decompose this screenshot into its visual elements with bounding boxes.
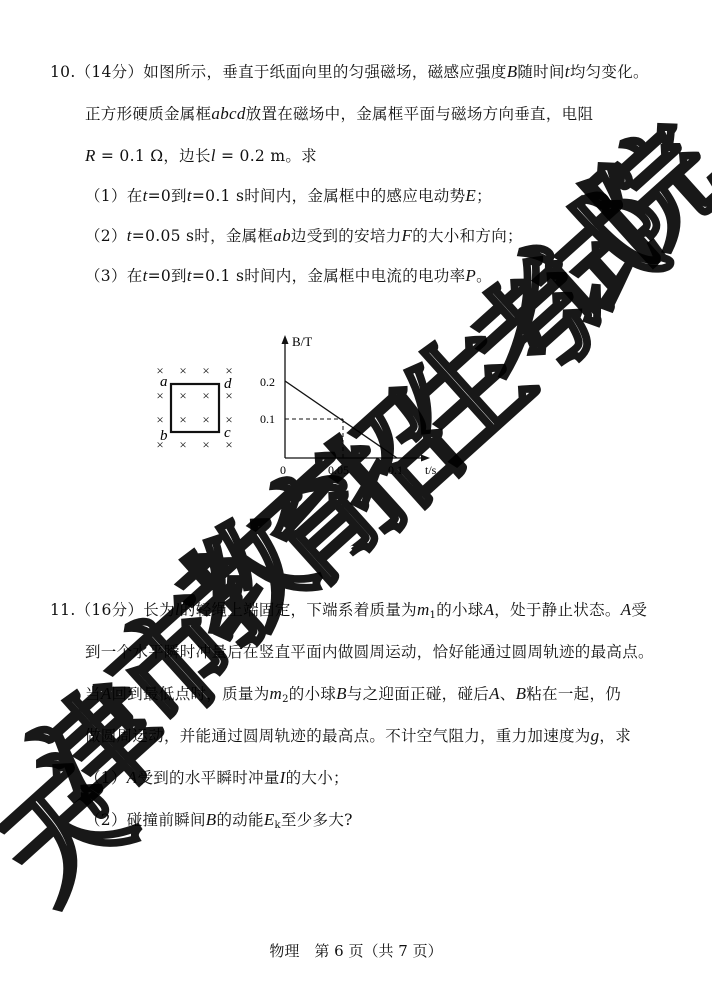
question-number: 10. bbox=[50, 63, 76, 81]
y-axis-arrow-icon bbox=[282, 335, 289, 344]
b-t-graph: B/T 0.2 0.1 0 0.05 0.1 t/s bbox=[260, 334, 437, 477]
text: 与之迎面正碰，碰后 bbox=[347, 685, 489, 703]
q10-part-3: （3）在t=0到t=0.1 s时间内，金属框中电流的电功率P。 bbox=[85, 264, 492, 286]
y-tick-0.2: 0.2 bbox=[260, 375, 275, 389]
svg-text:×: × bbox=[202, 412, 209, 427]
q10-line-2: 正方形硬质金属框abcd放置在磁场中，金属框平面与磁场方向垂直，电阻 bbox=[85, 102, 593, 124]
text: 随时间 bbox=[517, 63, 564, 81]
x-tick-0.1: 0.1 bbox=[388, 463, 403, 477]
text: 至少多大? bbox=[281, 811, 353, 829]
svg-text:×: × bbox=[179, 412, 186, 427]
text: 受 bbox=[631, 601, 647, 619]
var: ab bbox=[273, 226, 291, 245]
text: 放置在磁场中，金属框平面与磁场方向垂直，电阻 bbox=[246, 105, 594, 123]
x-axis-label: t/s bbox=[425, 463, 437, 477]
text: =0到 bbox=[148, 187, 187, 205]
var: B bbox=[516, 684, 527, 703]
text: =0到 bbox=[148, 267, 187, 285]
text: 当 bbox=[85, 685, 101, 703]
svg-text:×: × bbox=[156, 412, 163, 427]
var: A bbox=[489, 684, 500, 703]
q11-part-2: （2）碰撞前瞬间B的动能Ek至少多大? bbox=[85, 808, 353, 831]
text: （14分）如图所示，垂直于纸面向里的匀强磁场，磁感应强度 bbox=[76, 63, 507, 81]
text: （1） bbox=[85, 769, 127, 787]
q11-line-4: 做圆周运动，并能通过圆周轨迹的最高点。不计空气阻力，重力加速度为g，求 bbox=[85, 724, 631, 746]
var: A bbox=[484, 600, 495, 619]
var: E bbox=[465, 186, 476, 205]
label-a: a bbox=[160, 374, 168, 390]
svg-text:×: × bbox=[179, 437, 186, 452]
q11-line-1: 11.（16分）长为l的轻绳上端固定，下端系着质量为m1的小球A，处于静止状态。… bbox=[50, 598, 647, 621]
var: m bbox=[270, 684, 283, 703]
var: A bbox=[127, 768, 138, 787]
text: 受到的水平瞬时冲量 bbox=[137, 769, 279, 787]
text: （3）在 bbox=[85, 267, 143, 285]
text: 正方形硬质金属框 bbox=[85, 105, 211, 123]
var: E bbox=[264, 810, 275, 829]
x-tick-0: 0 bbox=[280, 463, 286, 477]
var: abcd bbox=[211, 104, 245, 123]
svg-text:×: × bbox=[202, 363, 209, 378]
q10-line-3: R = 0.1 Ω，边长l = 0.2 m。求 bbox=[85, 144, 317, 166]
subscript: 2 bbox=[282, 694, 289, 705]
text: = 0.2 m。求 bbox=[216, 147, 317, 165]
text: ，处于静止状态。 bbox=[494, 601, 620, 619]
text: 回到最低点时，质量为 bbox=[112, 685, 270, 703]
label-b: b bbox=[160, 428, 168, 444]
label-d: d bbox=[224, 376, 232, 392]
text: 的小球 bbox=[289, 685, 336, 703]
text: ，求 bbox=[599, 727, 631, 745]
watermark-char: 试 bbox=[488, 152, 692, 360]
q11-line-2: 到一个水平瞬时冲量后在竖直平面内做圆周运动，恰好能通过圆周轨迹的最高点。 bbox=[85, 640, 654, 662]
text: 。 bbox=[476, 267, 492, 285]
var: R bbox=[85, 146, 96, 165]
text: 的小球 bbox=[436, 601, 483, 619]
text: 的轻绳上端固定，下端系着质量为 bbox=[180, 601, 417, 619]
var: A bbox=[101, 684, 112, 703]
var: F bbox=[402, 226, 413, 245]
text: 、 bbox=[500, 685, 516, 703]
svg-text:×: × bbox=[202, 388, 209, 403]
var: P bbox=[465, 266, 476, 285]
text: （16分）长为 bbox=[76, 601, 175, 619]
text: 粘在一起，仍 bbox=[526, 685, 621, 703]
var: m bbox=[417, 600, 430, 619]
text: ； bbox=[476, 187, 492, 205]
q10-line-1: 10.（14分）如图所示，垂直于纸面向里的匀强磁场，磁感应强度B随时间t均匀变化… bbox=[50, 60, 649, 82]
question-number: 11. bbox=[50, 601, 76, 619]
page-footer: 物理 第 6 页（共 7 页） bbox=[0, 940, 712, 961]
metal-frame bbox=[171, 384, 219, 432]
text: = 0.1 Ω，边长 bbox=[96, 147, 211, 165]
var: B bbox=[206, 810, 217, 829]
svg-text:×: × bbox=[179, 363, 186, 378]
var: B bbox=[336, 684, 347, 703]
figure-q10: ×××× ×××× ×××× ×××× a d b c B/T 0.2 0.1 … bbox=[140, 330, 450, 480]
text: 的动能 bbox=[216, 811, 263, 829]
q10-part-1: （1）在t=0到t=0.1 s时间内，金属框中的感应电动势E； bbox=[85, 184, 492, 206]
x-axis-arrow-icon bbox=[421, 455, 430, 462]
text: 做圆周运动，并能通过圆周轨迹的最高点。不计空气阻力，重力加速度为 bbox=[85, 727, 591, 745]
q10-part-2: （2）t=0.05 s时，金属框ab边受到的安培力F的大小和方向； bbox=[85, 224, 523, 246]
text: （2）碰撞前瞬间 bbox=[85, 811, 206, 829]
text: （2） bbox=[85, 227, 127, 245]
text: 的大小； bbox=[286, 769, 349, 787]
text: 的大小和方向； bbox=[412, 227, 523, 245]
y-tick-0.1: 0.1 bbox=[260, 412, 275, 426]
label-c: c bbox=[224, 425, 231, 441]
text: 边受到的安培力 bbox=[291, 227, 402, 245]
svg-text:×: × bbox=[202, 437, 209, 452]
y-axis-label: B/T bbox=[292, 334, 312, 349]
x-tick-0.05: 0.05 bbox=[328, 463, 349, 477]
text: =0.1 s时间内，金属框中的感应电动势 bbox=[192, 187, 466, 205]
watermark-char: 考 bbox=[428, 217, 632, 425]
text: =0.05 s时，金属框 bbox=[132, 227, 273, 245]
var: B bbox=[507, 62, 518, 81]
var: A bbox=[621, 600, 632, 619]
text: =0.1 s时间内，金属框中电流的电功率 bbox=[192, 267, 466, 285]
magnetic-field-crosses: ×××× ×××× ×××× ×××× bbox=[156, 363, 232, 452]
text: （1）在 bbox=[85, 187, 143, 205]
q11-line-3: 当A回到最低点时，质量为m2的小球B与之迎面正碰，碰后A、B粘在一起，仍 bbox=[85, 682, 621, 705]
text: 均匀变化。 bbox=[570, 63, 649, 81]
q11-part-1: （1）A受到的水平瞬时冲量I的大小； bbox=[85, 766, 349, 788]
text: 到一个水平瞬时冲量后在竖直平面内做圆周运动，恰好能通过圆周轨迹的最高点。 bbox=[85, 643, 654, 661]
svg-text:×: × bbox=[179, 388, 186, 403]
svg-text:×: × bbox=[156, 388, 163, 403]
